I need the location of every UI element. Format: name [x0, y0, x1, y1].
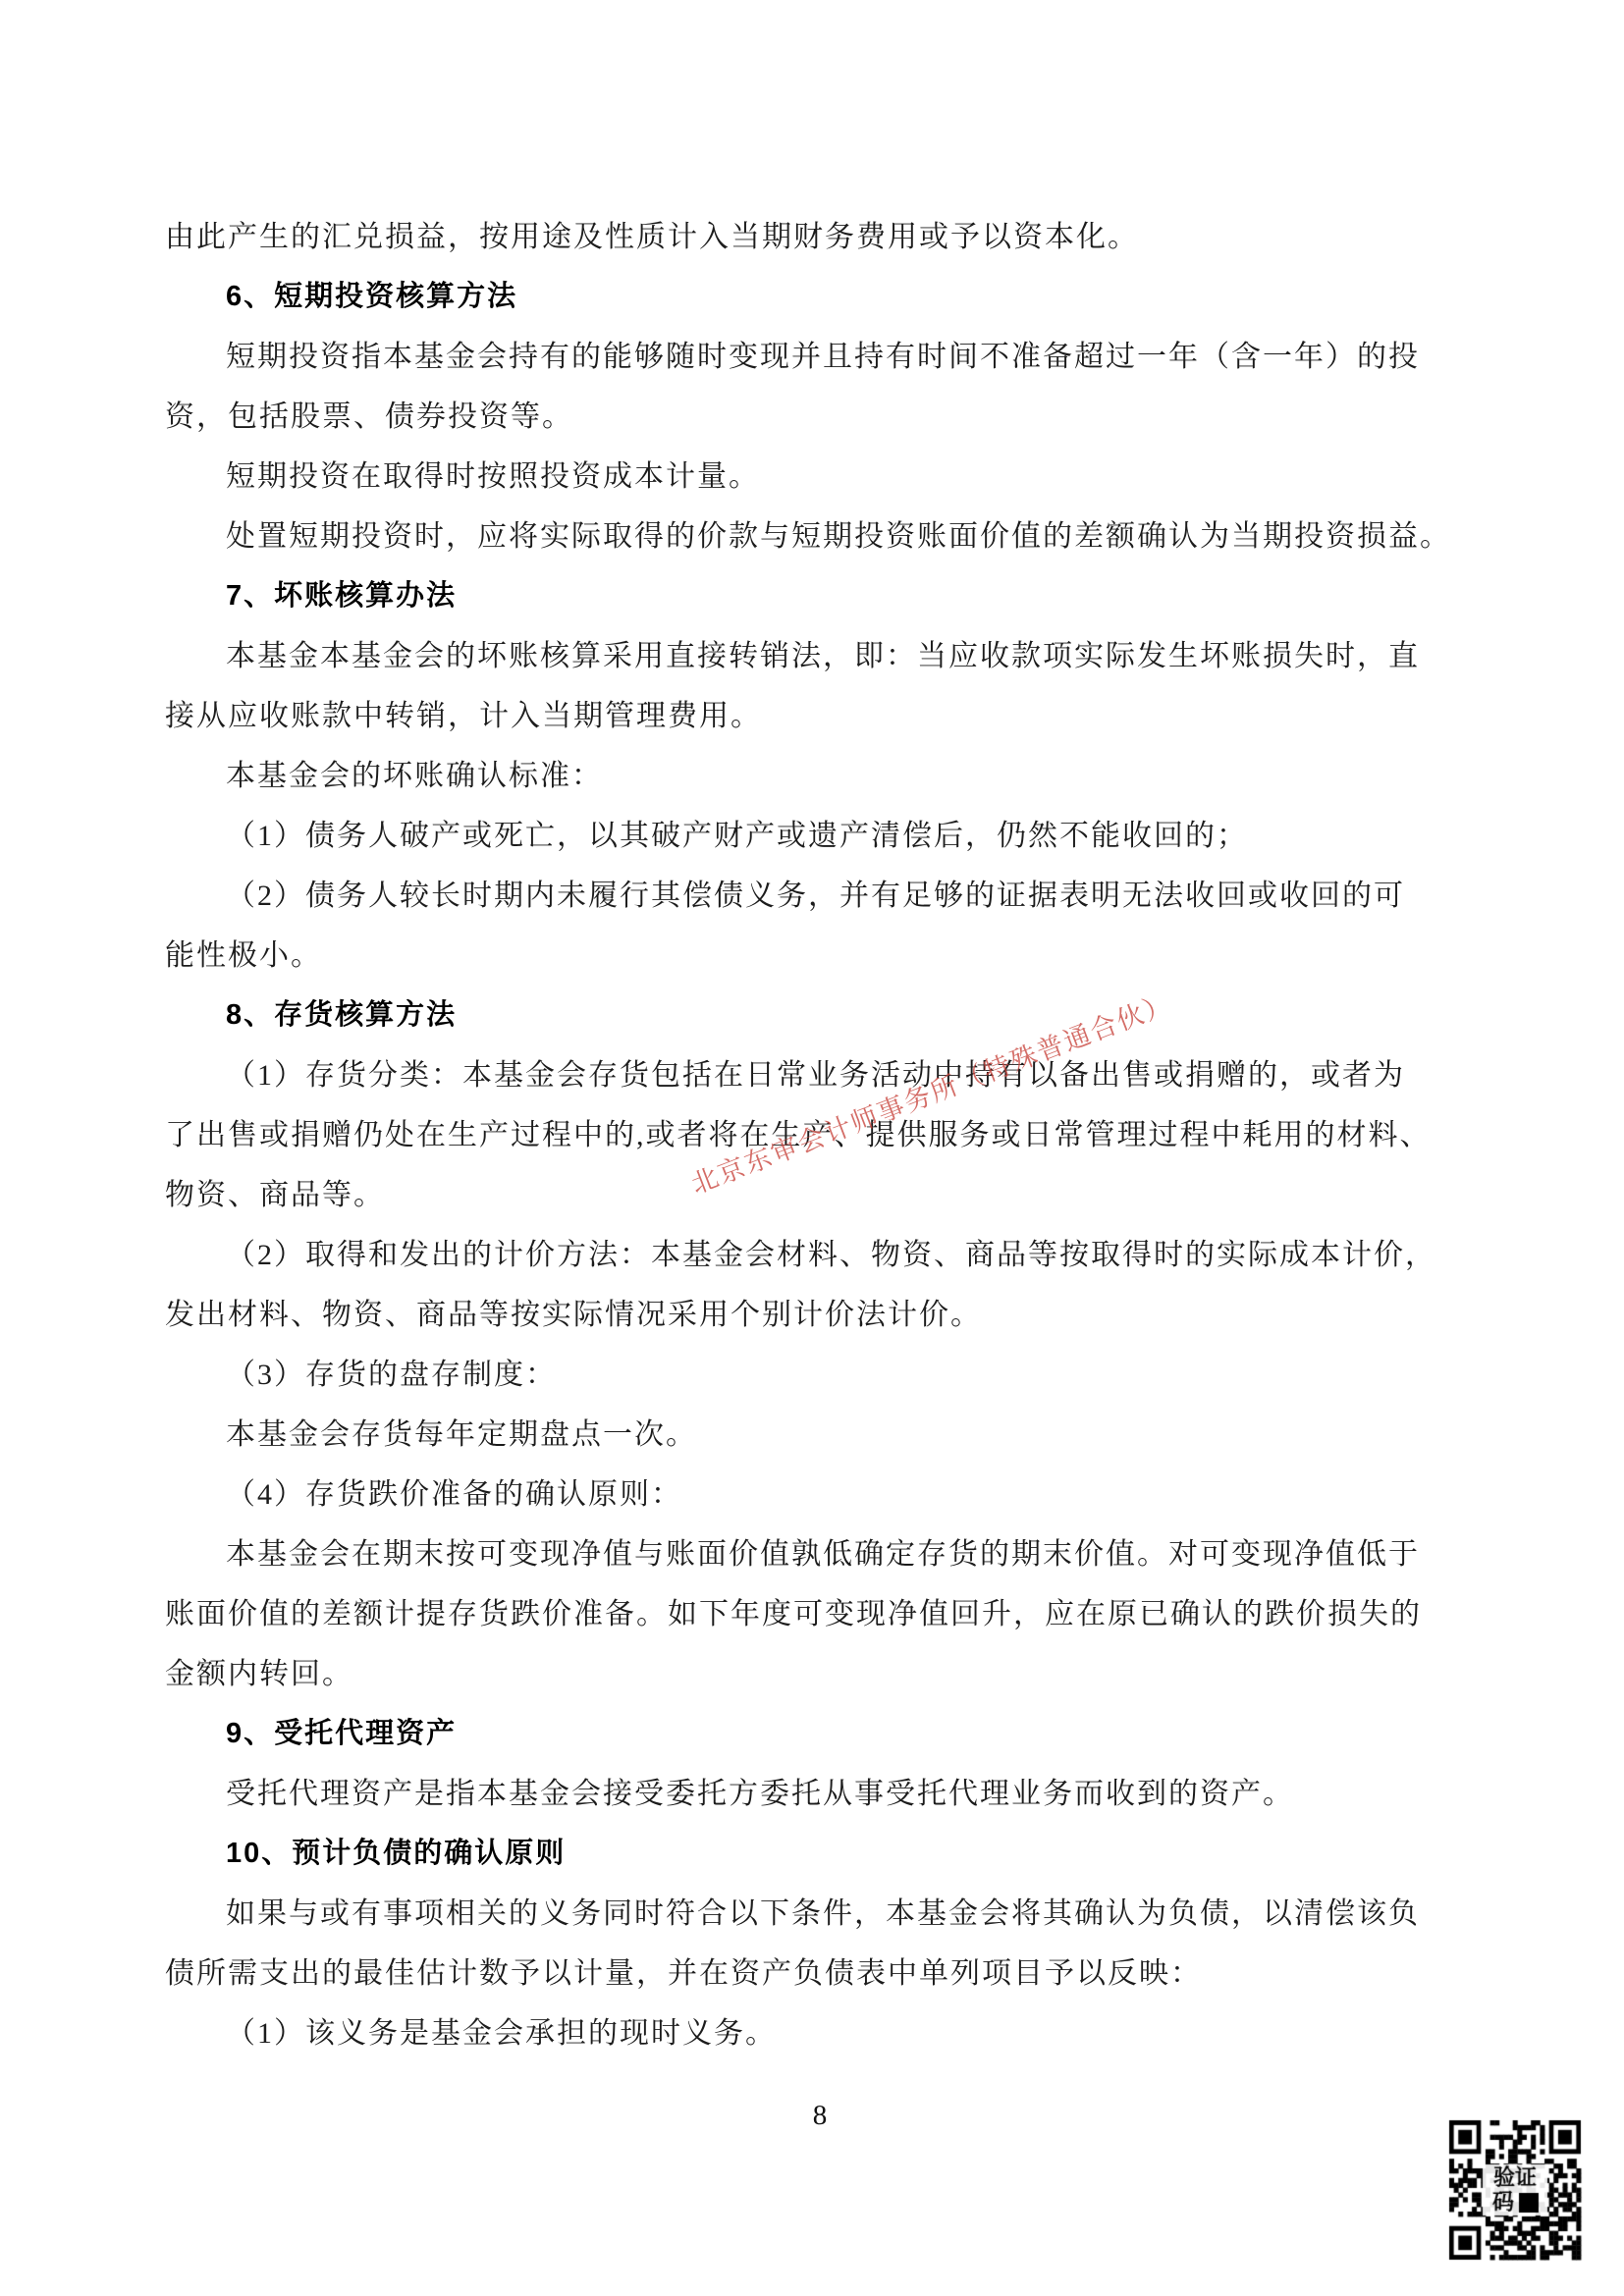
text-line: 本基金会在期末按可变现净值与账面价值孰低确定存货的期末价值。对可变现净值低于: [165, 1524, 1475, 1584]
text-line: 能性极小。: [165, 926, 1475, 986]
section-heading: 8、存货核算方法: [165, 986, 1475, 1045]
text-line: 如果与或有事项相关的义务同时符合以下条件，本基金会将其确认为负债，以清偿该负: [165, 1884, 1475, 1944]
text-line: （2）取得和发出的计价方法：本基金会材料、物资、商品等按取得时的实际成本计价，: [165, 1225, 1475, 1285]
text-line: （1）债务人破产或死亡，以其破产财产或遗产清偿后，仍然不能收回的；: [165, 806, 1475, 866]
text-line: 债所需支出的最佳估计数予以计量，并在资产负债表中单列项目予以反映：: [165, 1944, 1475, 2003]
text-line: 发出材料、物资、商品等按实际情况采用个别计价法计价。: [165, 1285, 1475, 1345]
text-line: 本基金会存货每年定期盘点一次。: [165, 1405, 1475, 1465]
text-line: 短期投资在取得时按照投资成本计量。: [165, 447, 1475, 507]
text-line: （1）存货分类：本基金会存货包括在日常业务活动中持有以备出售或捐赠的，或者为: [165, 1045, 1475, 1105]
text-line: 接从应收账款中转销，计入当期管理费用。: [165, 686, 1475, 746]
text-line: 由此产生的汇兑损益，按用途及性质计入当期财务费用或予以资本化。: [165, 207, 1475, 267]
text-line: 本基金本基金会的坏账核算采用直接转销法，即：当应收款项实际发生坏账损失时，直: [165, 626, 1475, 686]
text-line: （3）存货的盘存制度：: [165, 1345, 1475, 1405]
section-heading: 7、坏账核算办法: [165, 566, 1475, 626]
text-line: 金额内转回。: [165, 1644, 1475, 1704]
section-heading: 10、预计负债的确认原则: [165, 1824, 1475, 1884]
document-page: 由此产生的汇兑损益，按用途及性质计入当期财务费用或予以资本化。6、短期投资核算方…: [0, 0, 1624, 2296]
text-line: 物资、商品等。: [165, 1165, 1475, 1225]
page-number: 8: [165, 2091, 1475, 2140]
text-line: 处置短期投资时，应将实际取得的价款与短期投资账面价值的差额确认为当期投资损益。: [165, 507, 1475, 566]
text-line: 短期投资指本基金会持有的能够随时变现并且持有时间不准备超过一年（含一年）的投: [165, 327, 1475, 387]
verification-qr-code: [1443, 2114, 1587, 2266]
text-line: （1）该义务是基金会承担的现时义务。: [165, 2003, 1475, 2063]
text-line: 本基金会的坏账确认标准：: [165, 746, 1475, 806]
text-line: 受托代理资产是指本基金会接受委托方委托从事受托代理业务而收到的资产。: [165, 1764, 1475, 1824]
text-line: 账面价值的差额计提存货跌价准备。如下年度可变现净值回升，应在原已确认的跌价损失的: [165, 1584, 1475, 1644]
text-line: 资，包括股票、债券投资等。: [165, 387, 1475, 447]
text-line: （4）存货跌价准备的确认原则：: [165, 1465, 1475, 1524]
text-line: （2）债务人较长时期内未履行其偿债义务，并有足够的证据表明无法收回或收回的可: [165, 866, 1475, 926]
section-heading: 9、受托代理资产: [165, 1704, 1475, 1764]
text-line: 了出售或捐赠仍处在生产过程中的,或者将在生产、提供服务或日常管理过程中耗用的材料…: [165, 1105, 1475, 1165]
document-body: 由此产生的汇兑损益，按用途及性质计入当期财务费用或予以资本化。6、短期投资核算方…: [165, 207, 1475, 2063]
section-heading: 6、短期投资核算方法: [165, 267, 1475, 327]
